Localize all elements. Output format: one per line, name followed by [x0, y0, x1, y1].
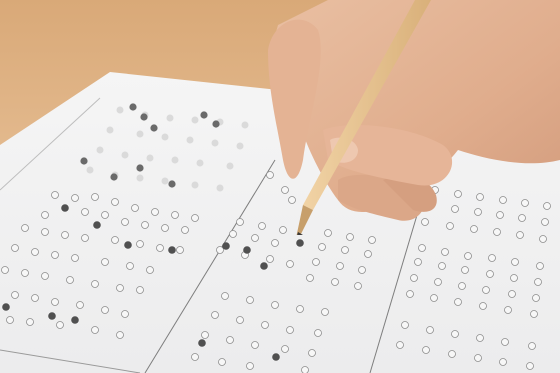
hand-with-pencil — [268, 0, 560, 235]
photo-scene — [0, 0, 560, 373]
hand-graphic — [268, 0, 560, 235]
